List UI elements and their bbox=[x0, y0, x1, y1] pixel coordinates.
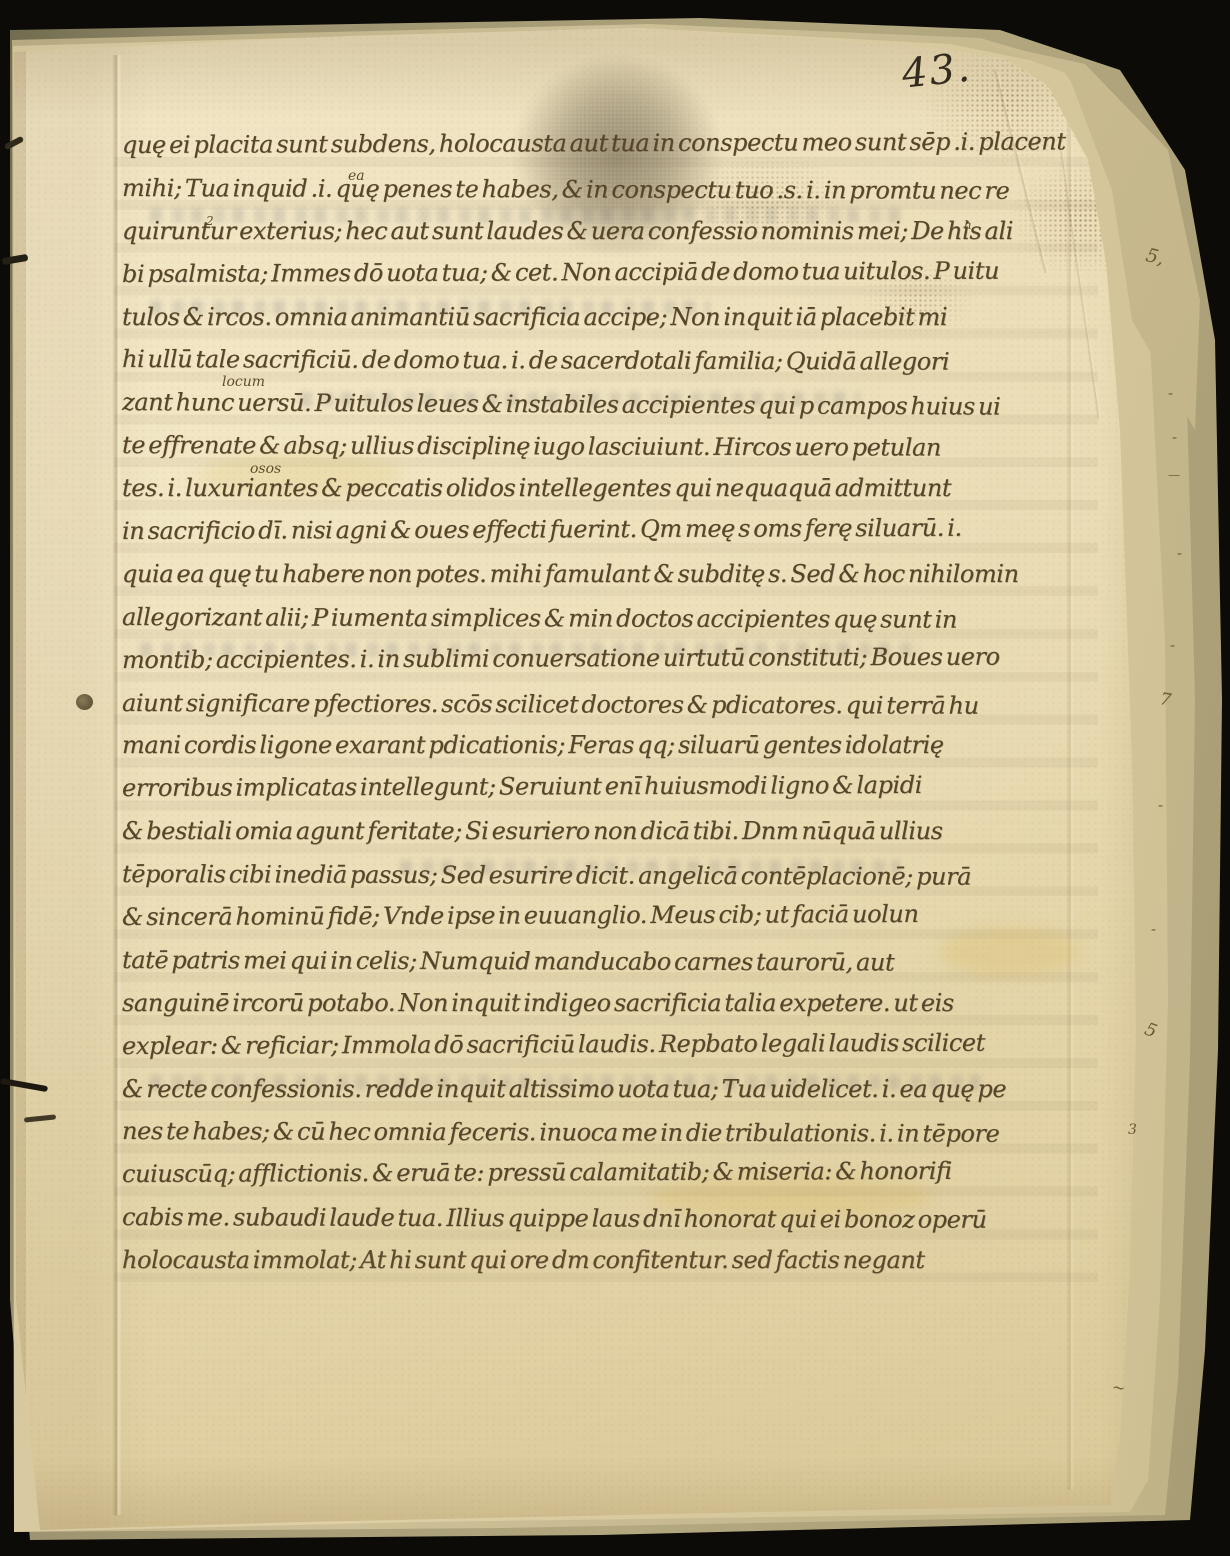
manuscript-line: bi psalmista; Immes dō uota tua; & cet. … bbox=[122, 249, 1074, 296]
interlinear-gloss: ea bbox=[348, 168, 365, 184]
manuscript-line: holocausta immolat; At hi sunt qui ore d… bbox=[122, 1239, 1074, 1282]
edge-mark: 3 bbox=[1128, 1122, 1137, 1138]
manuscript-line: tatē patris mei qui in celis; Numquid ma… bbox=[122, 939, 1074, 985]
manuscript-line: quia ea quę tu habere non potes. mihi fa… bbox=[122, 553, 1074, 596]
gutter-crease bbox=[112, 55, 122, 1515]
interlinear-gloss: 2 bbox=[206, 214, 214, 228]
manuscript-line: sanguinē ircorū potabo. Non inquit indig… bbox=[122, 982, 1074, 1025]
manuscript-line: quiruntur exterius; hec aut sunt laudes … bbox=[122, 210, 1074, 253]
manuscript-line: quę ei placita sunt subdens, holocausta … bbox=[122, 120, 1074, 167]
photo-background: 43. quę ei placita sunt subdens, holocau… bbox=[0, 0, 1230, 1556]
edge-mark: - bbox=[1177, 544, 1182, 562]
edge-mark: - bbox=[1168, 384, 1173, 402]
edge-mark: - bbox=[1151, 920, 1156, 938]
manuscript-line: erroribus implicatas intellegunt; Seruiu… bbox=[122, 764, 1074, 811]
manuscript-line: cabis me. subaudi laude tua. Illius quip… bbox=[122, 1196, 1074, 1242]
manuscript-line: in sacrificio dī. nisi agni & oues effec… bbox=[122, 506, 1074, 553]
manuscript-line: montib; accipientes. i. in sublimi conue… bbox=[122, 635, 1074, 682]
manuscript-page: 43. quę ei placita sunt subdens, holocau… bbox=[0, 0, 1230, 1556]
parchment-knot bbox=[76, 694, 93, 710]
manuscript-line: & bestiali omia agunt feritate; Si esuri… bbox=[122, 810, 1074, 853]
edge-mark: - bbox=[1158, 796, 1163, 814]
edge-mark: — bbox=[1168, 468, 1180, 482]
text-block: quę ei placita sunt subdens, holocausta … bbox=[122, 124, 1074, 1282]
edge-mark: - bbox=[1172, 428, 1177, 446]
manuscript-lines: quę ei placita sunt subdens, holocausta … bbox=[122, 124, 1074, 1282]
manuscript-line: & recte confessionis. redde inquit altis… bbox=[122, 1068, 1074, 1111]
edge-mark: ~ bbox=[1111, 1377, 1127, 1398]
manuscript-line: cuiuscūq; afflictionis. & eruā te: press… bbox=[122, 1150, 1074, 1197]
manuscript-line: & sincerā hominū fidē; Vnde ipse in euua… bbox=[122, 892, 1074, 939]
interlinear-gloss: locum bbox=[222, 374, 265, 390]
manuscript-line: tulos & ircos. omnia animantiū sacrifici… bbox=[122, 296, 1074, 339]
interlinear-gloss: osos bbox=[250, 461, 281, 477]
interlinear-gloss: h bbox=[964, 218, 972, 232]
manuscript-line: explear: & reficiar; Immola dō sacrifici… bbox=[122, 1021, 1074, 1068]
manuscript-line: mihi; Tua inquid .i. quę penes te habes,… bbox=[122, 167, 1074, 213]
manuscript-line: allegorizant alii; P iumenta simplices &… bbox=[122, 596, 1074, 642]
edge-mark: - bbox=[1170, 636, 1175, 654]
folio-number: 43. bbox=[900, 44, 974, 97]
manuscript-line: mani cordis ligone exarant pdicationis; … bbox=[122, 724, 1074, 767]
manuscript-line: aiunt significare pfectiores. scōs scili… bbox=[122, 682, 1074, 728]
